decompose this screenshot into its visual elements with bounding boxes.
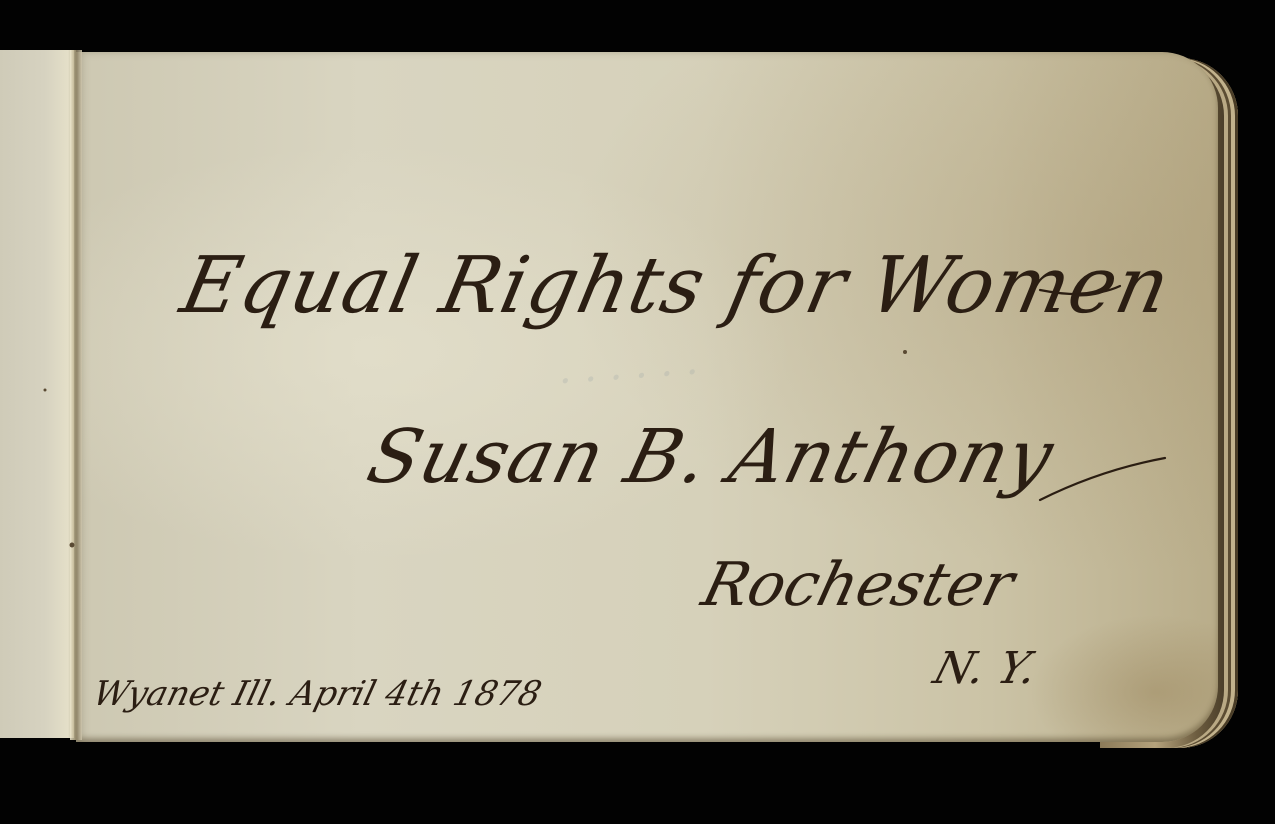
signature: Susan B. Anthony (359, 413, 1063, 500)
handwriting-layer: · · · · · · Equal Rights for Women Susan… (0, 0, 1275, 824)
paper-speck (903, 350, 907, 354)
signature-state: N. Y. (927, 642, 1044, 694)
inscription-motto: Equal Rights for Women (172, 240, 1179, 331)
show-through-text: · · · · · · (557, 349, 700, 405)
paper-speck (70, 543, 75, 548)
signature-city: Rochester (694, 550, 1024, 620)
paper-speck (44, 389, 47, 392)
photo-background: · · · · · · Equal Rights for Women Susan… (0, 0, 1275, 824)
dateline: Wyanet Ill. April 4th 1878 (89, 674, 545, 713)
signature-flourish (1040, 458, 1165, 500)
